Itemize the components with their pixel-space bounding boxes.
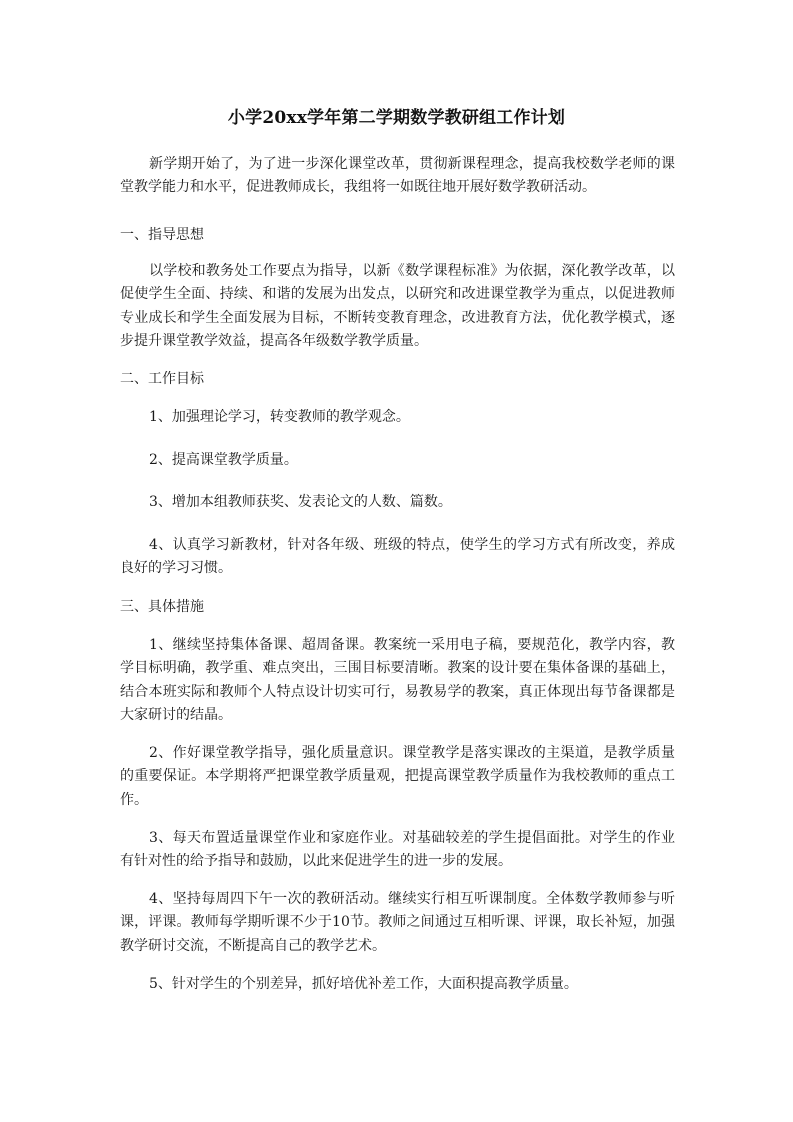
measure-item-1: 1、继续坚持集体备课、超周备课。教案统一采用电子稿，要规范化，教学内容，教学目标… [120,634,675,727]
goal-item-1: 1、加强理论学习，转变教师的教学观念。 [120,406,675,429]
goal-item-3: 3、增加本组教师获奖、发表论文的人数、篇数。 [120,491,675,514]
measure-item-2: 2、作好课堂教学指导，强化质量意识。课堂教学是落实课改的主渠道，是教学质量的重要… [120,742,675,812]
measure-item-5: 5、针对学生的个别差异，抓好培优补差工作，大面积提高教学质量。 [120,973,675,996]
section-heading-guiding-thought: 一、指导思想 [120,224,204,247]
document-title: 小学20xx学年第二学期数学教研组工作计划 [0,106,793,130]
goal-item-4: 4、认真学习新教材，针对各年级、班级的特点，使学生的学习方式有所改变，养成良好的… [120,534,675,581]
intro-paragraph: 新学期开始了，为了进一步深化课堂改革，贯彻新课程理念，提高我校数学老师的课堂教学… [120,153,675,200]
section-heading-measures: 三、具体措施 [120,596,204,619]
measure-item-3: 3、每天布置适量课堂作业和家庭作业。对基础较差的学生提倡面批。对学生的作业有针对… [120,827,675,874]
measure-item-4: 4、坚持每周四下午一次的教研活动。继续实行相互听课制度。全体数学教师参与听课，评… [120,888,675,958]
goal-item-2: 2、提高课堂教学质量。 [120,449,675,472]
document-page: 小学20xx学年第二学期数学教研组工作计划 新学期开始了，为了进一步深化课堂改革… [0,0,793,1122]
guiding-thought-paragraph: 以学校和教务处工作要点为指导，以新《数学课程标准》为依据，深化教学改革，以促使学… [120,260,675,353]
section-heading-work-goals: 二、工作目标 [120,368,204,391]
